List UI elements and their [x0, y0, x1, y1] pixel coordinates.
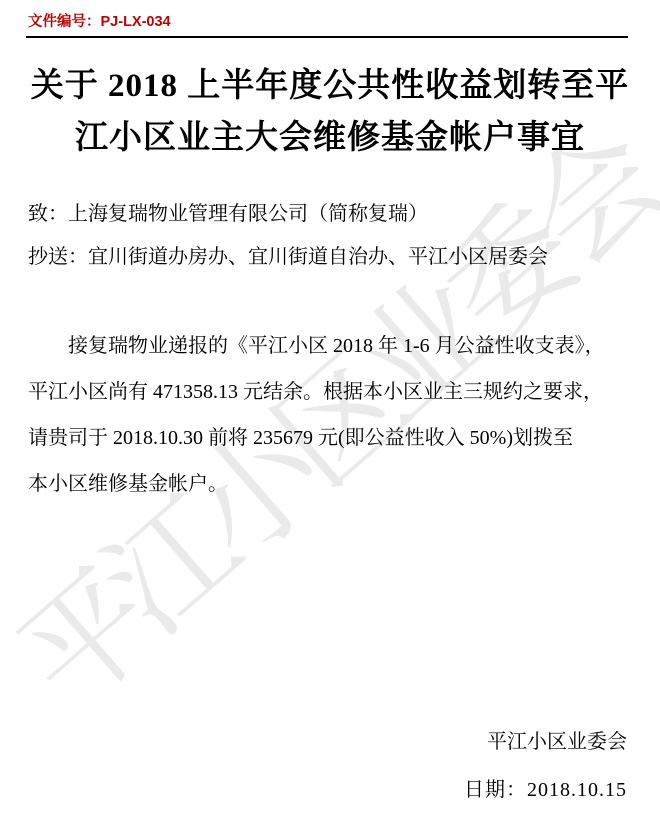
body-paragraph: 接复瑞物业递报的《平江小区 2018 年 1-6 月公益性收支表》， 平江小区尚…	[28, 323, 634, 507]
title-line-2: 江小区业主大会维修基金帐户事宜	[0, 112, 660, 164]
title-line-1: 关于 2018 上半年度公共性收益划转至平	[0, 60, 660, 112]
signature-block: 平江小区业委会 日期：2018.10.15	[464, 722, 627, 810]
recipient-to-line: 致：上海复瑞物业管理有限公司（简称复瑞）	[28, 200, 632, 228]
signature-name: 平江小区业委会	[464, 722, 627, 762]
doc-number-value: PJ-LX-034	[101, 14, 171, 30]
body-line: 平江小区尚有 471358.13 元结余。根据本小区业主三规约之要求，	[28, 369, 634, 415]
doc-number-label: 文件编号：	[28, 14, 101, 30]
body-line: 请贵司于 2018.10.30 前将 235679 元(即公益性收入 50%)划…	[28, 415, 634, 461]
signature-date: 日期：2018.10.15	[464, 770, 627, 810]
body-line: 接复瑞物业递报的《平江小区 2018 年 1-6 月公益性收支表》，	[28, 323, 634, 369]
document-page: 平江小区业委会 文件编号：PJ-LX-034 关于 2018 上半年度公共性收益…	[0, 0, 660, 820]
document-title: 关于 2018 上半年度公共性收益划转至平 江小区业主大会维修基金帐户事宜	[0, 60, 660, 164]
recipient-cc-line: 抄送：宜川街道办房办、宜川街道自治办、平江小区居委会	[28, 243, 632, 271]
doc-number: 文件编号：PJ-LX-034	[28, 12, 171, 32]
header-rule	[26, 36, 628, 38]
body-line: 本小区维修基金帐户。	[28, 461, 634, 507]
